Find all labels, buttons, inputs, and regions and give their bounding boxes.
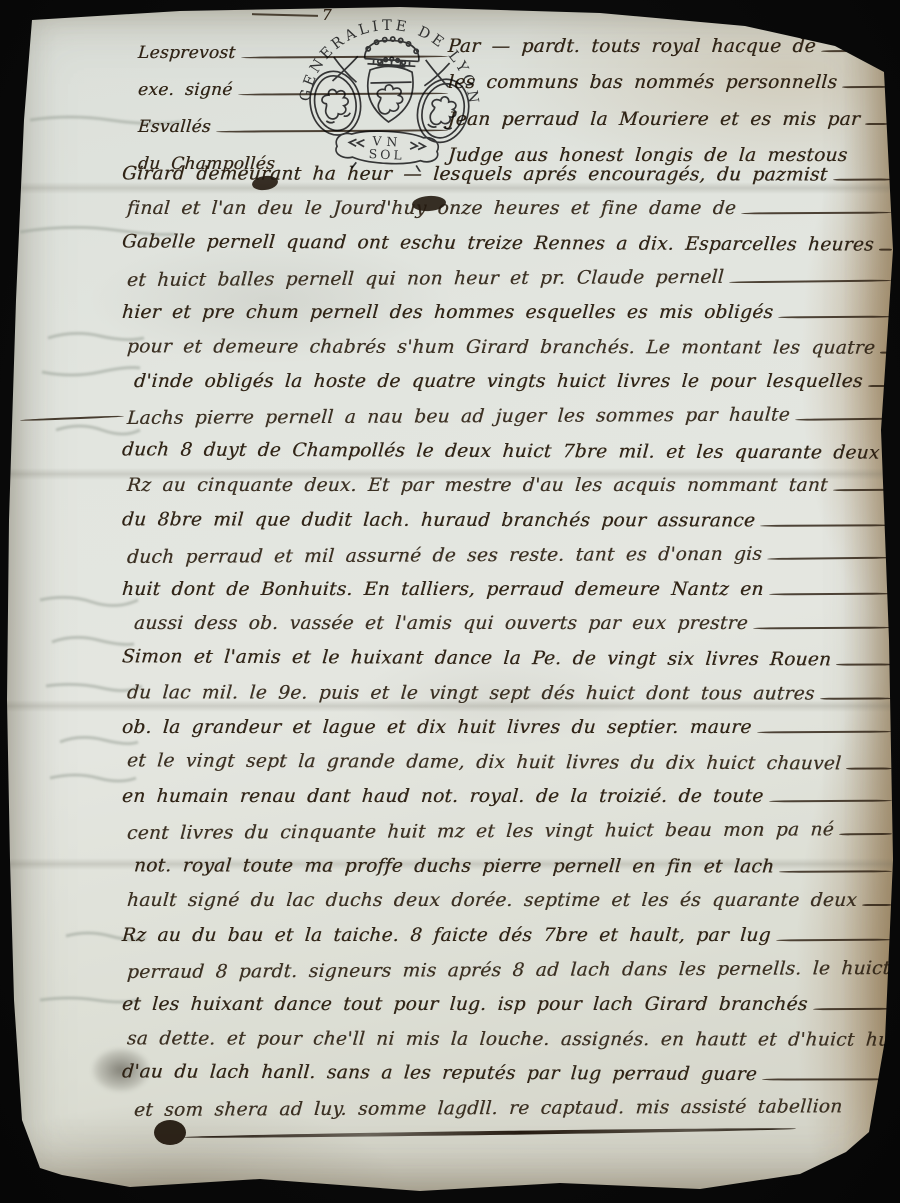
manuscript-line: hault signé du lac duchs deux dorée. sep… bbox=[122, 876, 894, 911]
manuscript-line: du 8bre mil que dudit lach. huraud branc… bbox=[122, 495, 894, 531]
manuscript-line: Par — pardt. touts royal hacque de bbox=[448, 20, 890, 57]
line-fill-stroke bbox=[752, 726, 894, 738]
manuscript-line: ob. la grandeur et lague et dix huit liv… bbox=[122, 704, 894, 739]
generalite-de-lyon-tax-stamp: GENERALITE DE LYON bbox=[290, 9, 490, 175]
manuscript-line: Gabelle pernell quand ont eschu treize R… bbox=[122, 218, 894, 256]
manuscript-line: Rz au cinquante deux. Et par mestre d'au… bbox=[122, 461, 894, 496]
manuscript-line: aussi dess ob. vassée et l'amis qui ouve… bbox=[122, 600, 894, 635]
manuscript-line: et som shera ad luy. somme lagdll. re ca… bbox=[122, 1082, 894, 1121]
line-fill-stroke bbox=[834, 828, 894, 840]
manuscript-line: cent livres du cinquante huit mz et les … bbox=[122, 805, 894, 844]
line-fill-stroke bbox=[748, 622, 894, 634]
manuscript-line: hier et pre chum pernell des hommes esqu… bbox=[122, 288, 894, 323]
line-fill-stroke bbox=[816, 45, 890, 57]
line-fill-stroke bbox=[774, 865, 894, 877]
line-fill-stroke bbox=[808, 1003, 894, 1015]
right-chevrons bbox=[410, 142, 425, 150]
manuscript-line: Jean perraud la Mouriere et es mis par bbox=[448, 93, 890, 130]
manuscript-line: en humain renau dant haud not. royal. de… bbox=[122, 773, 894, 808]
manuscript-line: not. royal toute ma proffe duchs pierre … bbox=[122, 841, 894, 877]
manuscript-line: Girard demeurant ha heur — lesquels apré… bbox=[122, 149, 894, 185]
line-fill-stroke bbox=[762, 551, 894, 564]
act-body-text: Girard demeurant ha heur — lesquels apré… bbox=[122, 150, 894, 1119]
stamp-value-sol: SOL bbox=[368, 146, 405, 163]
manuscript-line: et les huixant dance tout pour lug. isp … bbox=[122, 980, 894, 1015]
manuscript-line-left-flourish: Lachs pierre pernell a nau beu ad juger … bbox=[122, 390, 894, 429]
manuscript-line: huit dont de Bonhuits. En talliers, perr… bbox=[122, 565, 894, 600]
manuscript-paper: 7 Lesprevost exe. signé Esvallés du Cham… bbox=[0, 0, 900, 1203]
line-fill-stroke bbox=[790, 413, 894, 426]
line-fill-stroke bbox=[875, 346, 894, 358]
line-fill-stroke bbox=[828, 173, 894, 185]
line-fill-stroke bbox=[857, 899, 894, 911]
line-fill-stroke bbox=[828, 484, 894, 496]
manuscript-line: duch 8 duyt de Champollés le deux huict … bbox=[122, 425, 894, 463]
manuscript-line: perraud 8 pardt. signeurs mis aprés 8 ad… bbox=[122, 944, 894, 983]
manuscript-line: d'inde obligés la hoste de quatre vingts… bbox=[122, 358, 894, 393]
manuscript-line: d'au du lach hanll. sans a les reputés p… bbox=[122, 1048, 894, 1086]
left-chevrons bbox=[349, 139, 364, 147]
manuscript-line: pour et demeure chabrés s'hum Girard bra… bbox=[122, 322, 894, 358]
manuscript-line: et le vingt sept la grande dame, dix hui… bbox=[122, 736, 894, 774]
paraph-ink-dot bbox=[154, 1120, 186, 1145]
crown-icon bbox=[364, 36, 420, 67]
photographed-manuscript: 7 Lesprevost exe. signé Esvallés du Cham… bbox=[0, 0, 900, 1203]
line-fill-stroke bbox=[815, 692, 894, 704]
line-fill-stroke bbox=[860, 118, 890, 130]
manuscript-line: du lac mil. le 9e. puis et le vingt sept… bbox=[122, 668, 894, 704]
manuscript-line: et huict balles pernell qui non heur et … bbox=[122, 252, 894, 291]
manuscript-line: Rz au du bau et la taiche. 8 faicte dés … bbox=[122, 911, 894, 946]
manuscript-line: final et l'an deu le Jourd'huy onze heur… bbox=[122, 185, 894, 220]
vn-sol-banner: VN SOL bbox=[335, 129, 439, 175]
line-fill-stroke bbox=[837, 81, 890, 93]
line-fill-stroke bbox=[724, 274, 894, 287]
manuscript-line: les communs bas nommés personnells bbox=[448, 57, 890, 94]
line-fill-stroke bbox=[773, 311, 894, 323]
line-fill-stroke bbox=[764, 588, 894, 600]
line-fill-stroke bbox=[736, 207, 894, 219]
manuscript-line: Simon et l'amis et le huixant dance la P… bbox=[122, 633, 894, 671]
opening-paragraph: Par — pardt. touts royal hacque de les c… bbox=[448, 20, 890, 166]
manuscript-line: duch perraud et mil assurné de ses reste… bbox=[122, 529, 894, 568]
manuscript-line: sa dette. et pour che'll ni mis la louch… bbox=[122, 1014, 894, 1050]
